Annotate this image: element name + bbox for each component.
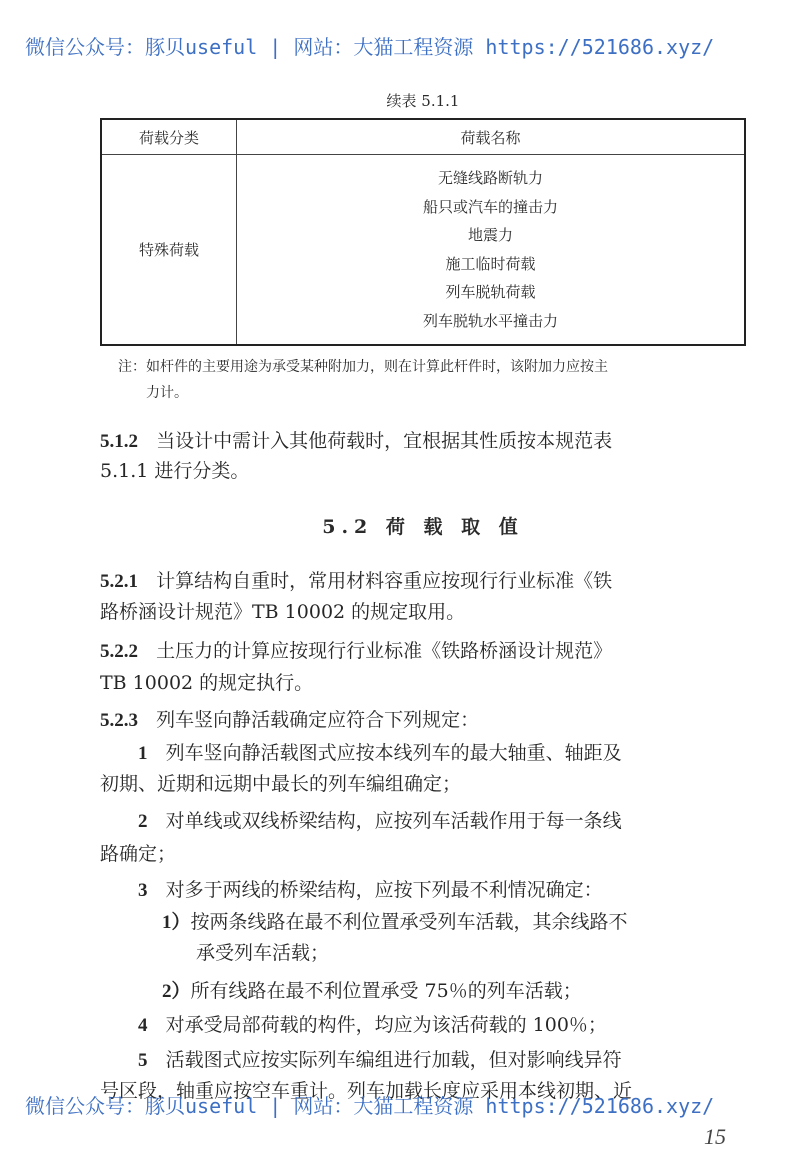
item-3: 3 对多于两线的桥梁结构，应按下列最不利情况确定： xyxy=(138,875,603,902)
item-4: 4 对承受局部荷载的构件，均应为该活荷载的 100％； xyxy=(138,1010,607,1037)
load-name: 施工临时荷载 xyxy=(237,250,744,279)
item-5: 5 活载图式应按实际列车编组进行加载，但对影响线异符 xyxy=(138,1045,622,1072)
clause-5-2-2-cont: TB 10002 的规定执行。 xyxy=(100,668,313,695)
subitem-text: 所有线路在最不利位置承受 75％的列车活载； xyxy=(191,980,582,1002)
clause-number: 5.1.2 xyxy=(100,431,138,452)
clause-5-1-2-cont: 5.1.1 进行分类。 xyxy=(100,456,249,483)
clause-number: 5.2.2 xyxy=(100,641,138,662)
load-name: 列车脱轨荷载 xyxy=(237,278,744,307)
item-2: 2 对单线或双线桥梁结构，应按列车活载作用于每一条线 xyxy=(138,806,622,833)
table-caption: 续表 5.1.1 xyxy=(0,90,800,111)
page-number: 15 xyxy=(704,1124,726,1150)
subitem-number: 1） xyxy=(162,912,191,933)
clause-text: 当设计中需计入其他荷载时，宜根据其性质按本规范表 xyxy=(156,430,612,452)
item-1: 1 列车竖向静活载图式应按本线列车的最大轴重、轴距及 xyxy=(138,738,622,765)
clause-number: 5.2.1 xyxy=(100,571,138,592)
item-text: 对单线或双线桥梁结构，应按列车活载作用于每一条线 xyxy=(166,810,622,832)
load-name: 船只或汽车的撞击力 xyxy=(237,193,744,222)
load-name: 地震力 xyxy=(237,221,744,250)
clause-5-2-1: 5.2.1 计算结构自重时，常用材料容重应按现行行业标准《铁 xyxy=(100,566,612,593)
load-classification-table: 荷载分类 荷载名称 特殊荷载 无缝线路断轨力 船只或汽车的撞击力 地震力 施工临… xyxy=(100,118,746,346)
item-text: 列车竖向静活载图式应按本线列车的最大轴重、轴距及 xyxy=(166,742,622,764)
clause-5-2-2: 5.2.2 土压力的计算应按现行行业标准《铁路桥涵设计规范》 xyxy=(100,636,612,663)
clause-5-2-3: 5.2.3 列车竖向静活载确定应符合下列规定： xyxy=(100,705,479,732)
item-2-cont: 路确定； xyxy=(100,839,176,866)
section-number: 5.2 xyxy=(322,516,373,538)
clause-text: 土压力的计算应按现行行业标准《铁路桥涵设计规范》 xyxy=(156,640,612,662)
subitem-text: 按两条线路在最不利位置承受列车活载，其余线路不 xyxy=(191,911,628,933)
item-number: 3 xyxy=(138,880,148,901)
section-title: 荷 载 取 值 xyxy=(386,516,524,538)
load-name: 无缝线路断轨力 xyxy=(237,164,744,193)
item-text: 对多于两线的桥梁结构，应按下列最不利情况确定： xyxy=(166,879,603,901)
item-text: 对承受局部荷载的构件，均应为该活荷载的 100％； xyxy=(166,1014,607,1036)
subitem-1: 1）按两条线路在最不利位置承受列车活载，其余线路不 xyxy=(162,907,628,934)
table-header-row: 荷载分类 荷载名称 xyxy=(101,119,745,155)
item-number: 2 xyxy=(138,811,148,832)
item-number: 4 xyxy=(138,1015,148,1036)
clause-text: 列车竖向静活载确定应符合下列规定： xyxy=(156,709,479,731)
subitem-number: 2） xyxy=(162,981,191,1002)
subitem-1-cont: 承受列车活载； xyxy=(196,938,329,965)
item-text: 活载图式应按实际列车编组进行加载，但对影响线异符 xyxy=(166,1049,622,1071)
item-number: 5 xyxy=(138,1050,148,1071)
cell-category: 特殊荷载 xyxy=(101,155,237,346)
table-row: 特殊荷载 无缝线路断轨力 船只或汽车的撞击力 地震力 施工临时荷载 列车脱轨荷载… xyxy=(101,155,745,346)
table-note-line2: 力计。 xyxy=(146,382,188,402)
section-heading: 5.2 荷 载 取 值 xyxy=(0,512,800,539)
header-load-category: 荷载分类 xyxy=(101,119,237,155)
cell-load-names: 无缝线路断轨力 船只或汽车的撞击力 地震力 施工临时荷载 列车脱轨荷载 列车脱轨… xyxy=(237,155,746,346)
watermark-top: 微信公众号：豚贝useful | 网站：大猫工程资源 https://52168… xyxy=(25,35,714,59)
load-name: 列车脱轨水平撞击力 xyxy=(237,307,744,336)
item-1-cont: 初期、近期和远期中最长的列车编组确定； xyxy=(100,769,461,796)
clause-5-1-2: 5.1.2 当设计中需计入其他荷载时，宜根据其性质按本规范表 xyxy=(100,426,612,453)
header-load-name: 荷载名称 xyxy=(237,119,746,155)
clause-5-2-1-cont: 路桥涵设计规范》TB 10002 的规定取用。 xyxy=(100,597,465,624)
subitem-2: 2）所有线路在最不利位置承受 75％的列车活载； xyxy=(162,976,582,1003)
clause-text: 计算结构自重时，常用材料容重应按现行行业标准《铁 xyxy=(156,570,612,592)
item-number: 1 xyxy=(138,743,148,764)
watermark-bottom: 微信公众号：豚贝useful | 网站：大猫工程资源 https://52168… xyxy=(25,1094,714,1118)
clause-number: 5.2.3 xyxy=(100,710,138,731)
table-note-line1: 注：如杆件的主要用途为承受某种附加力，则在计算此杆件时，该附加力应按主 xyxy=(118,356,608,376)
